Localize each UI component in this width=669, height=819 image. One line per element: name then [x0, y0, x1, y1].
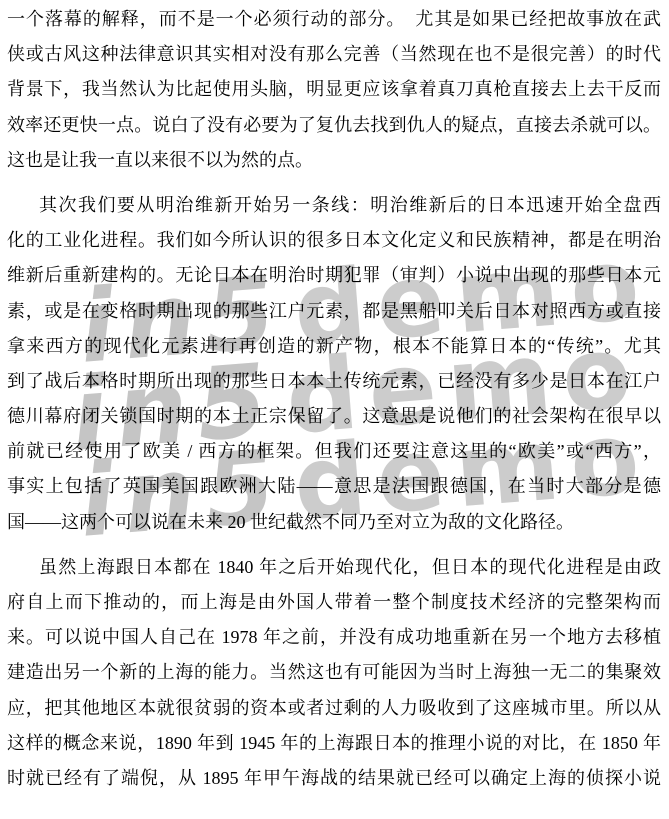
text-line: 时就已经有了端倪，从 1895 年甲午海战的结果就已经可以确定上海的侦探小说 — [7, 761, 661, 796]
text-line: 虽然上海跟日本都在 1840 年之后开始现代化，但日本的现代化进程是由政 — [7, 550, 661, 585]
text-line: 维新后重新建构的。无论日本在明治时期犯罪（审判）小说中出现的那些日本元 — [7, 258, 661, 293]
text-line: 拿来西方的现代化元素进行再创造的新产物，根本不能算日本的“传统”。尤其 — [7, 329, 661, 364]
text-line: 这样的概念来说，1890 年到 1945 年的上海跟日本的推理小说的对比，在 1… — [7, 726, 661, 761]
paragraph: 其次我们要从明治维新开始另一条线：明治维新后的日本迅速开始全盘西化的工业化进程。… — [7, 188, 661, 540]
text-line: 来。可以说中国人自己在 1978 年之前，并没有成功地重新在另一个地方去移植 — [7, 620, 661, 655]
text-line: 其次我们要从明治维新开始另一条线：明治维新后的日本迅速开始全盘西 — [7, 188, 661, 223]
text-line: 效率还更快一点。说白了没有必要为了复仇去找到仇人的疑点，直接去杀就可以。 — [7, 108, 661, 143]
text-line: 到了战后本格时期所出现的那些日本本土传统元素，已经没有多少是日本在江户 — [7, 364, 661, 399]
document-page: in5demo in5demo in5demo 一个落幕的解释，而不是一个必须行… — [0, 0, 669, 819]
text-line: 素，或是在变格时期出现的那些江户元素，都是黑船叩关后日本对照西方或直接 — [7, 294, 661, 329]
paragraph: 一个落幕的解释，而不是一个必须行动的部分。 尤其是如果已经把故事放在武侠或古风这… — [7, 2, 661, 178]
text-line: 事实上包括了英国美国跟欧洲大陆——意思是法国跟德国，在当时大部分是德 — [7, 469, 661, 504]
text-line: 德川幕府闭关锁国时期的本土正宗保留了。这意思是说他们的社会架构在很早以 — [7, 399, 661, 434]
document-body: 一个落幕的解释，而不是一个必须行动的部分。 尤其是如果已经把故事放在武侠或古风这… — [0, 0, 669, 796]
text-line: 建造出另一个新的上海的能力。当然这也有可能因为当时上海独一无二的集聚效 — [7, 655, 661, 690]
paragraph: 虽然上海跟日本都在 1840 年之后开始现代化，但日本的现代化进程是由政府自上而… — [7, 550, 661, 796]
text-line: 一个落幕的解释，而不是一个必须行动的部分。 尤其是如果已经把故事放在武 — [7, 2, 661, 37]
text-line: 化的工业化进程。我们如今所认识的很多日本文化定义和民族精神，都是在明治 — [7, 223, 661, 258]
text-line: 府自上而下推动的，而上海是由外国人带着一整个制度技术经济的完整架构而 — [7, 585, 661, 620]
text-line: 应，把其他地区本就很贫弱的资本或者过剩的人力吸收到了这座城市里。所以从 — [7, 691, 661, 726]
text-line: 背景下，我当然认为比起使用头脑，明显更应该拿着真刀真枪直接去上去干反而 — [7, 72, 661, 107]
text-line: 侠或古风这种法律意识其实相对没有那么完善（当然现在也不是很完善）的时代 — [7, 37, 661, 72]
text-line: 前就已经使用了欧美 / 西方的框架。但我们还要注意这里的“欧美”或“西方”， — [7, 434, 661, 469]
text-line: 国——这两个可以说在未来 20 世纪截然不同乃至对立为敌的文化路径。 — [7, 505, 661, 540]
text-line: 这也是让我一直以来很不以为然的点。 — [7, 143, 661, 178]
